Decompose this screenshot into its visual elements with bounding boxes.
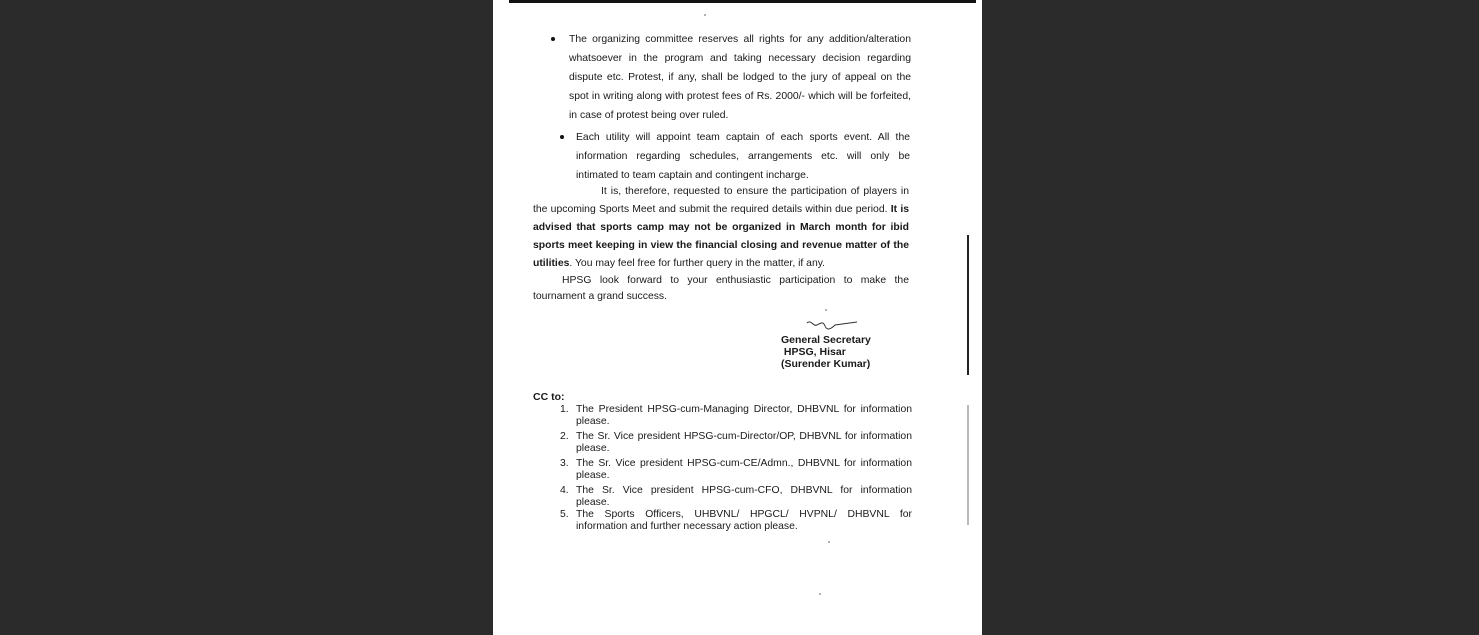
signatory-name: (Surender Kumar) (781, 358, 871, 370)
cc-item-text: The Sr. Vice president HPSG-cum-CE/Admn.… (576, 458, 912, 481)
signature-mark-icon (805, 319, 861, 333)
signature-block: General Secretary HPSG, Hisar (Surender … (781, 334, 871, 370)
cc-item-text: The Sr. Vice president HPSG-cum-CFO, DHB… (576, 485, 912, 508)
scan-edge-line (967, 235, 969, 375)
bullet-item: The organizing committee reserves all ri… (569, 30, 911, 125)
bullet-item: Each utility will appoint team captain o… (576, 128, 910, 185)
scan-edge-line (967, 405, 969, 525)
cc-list: 1.The President HPSG-cum-Managing Direct… (560, 404, 912, 536)
signatory-org: HPSG, Hisar (781, 346, 871, 358)
scan-speck (819, 593, 821, 595)
cc-item: 3.The Sr. Vice president HPSG-cum-CE/Adm… (560, 458, 912, 481)
top-rule (509, 0, 976, 3)
cc-item-number: 2. (560, 431, 569, 443)
cc-item-text: The Sports Officers, UHBVNL/ HPGCL/ HVPN… (576, 509, 912, 532)
body-paragraph: It is, therefore, requested to ensure th… (533, 183, 909, 273)
cc-item: 5.The Sports Officers, UHBVNL/ HPGCL/ HV… (560, 509, 912, 532)
scan-speck (828, 541, 830, 543)
bullet-icon (560, 135, 564, 139)
cc-item: 2.The Sr. Vice president HPSG-cum-Direct… (560, 431, 912, 454)
scan-speck (704, 14, 706, 16)
cc-item-text: The President HPSG-cum-Managing Director… (576, 404, 912, 427)
cc-item-number: 4. (560, 485, 569, 497)
closing-paragraph: HPSG look forward to your enthusiastic p… (533, 273, 909, 305)
bullet-icon (551, 37, 555, 41)
cc-item-number: 1. (560, 404, 569, 416)
cc-item-number: 3. (560, 458, 569, 470)
signatory-title: General Secretary (781, 334, 871, 346)
cc-item: 4.The Sr. Vice president HPSG-cum-CFO, D… (560, 485, 912, 508)
cc-item-number: 5. (560, 509, 569, 521)
scan-speck (825, 309, 827, 311)
cc-item: 1.The President HPSG-cum-Managing Direct… (560, 404, 912, 427)
cc-label: CC to: (533, 391, 565, 403)
paragraph-text: It is, therefore, requested to ensure th… (533, 186, 909, 215)
document-page: The organizing committee reserves all ri… (493, 0, 982, 635)
paragraph-text: . You may feel free for further query in… (569, 258, 825, 269)
cc-item-text: The Sr. Vice president HPSG-cum-Director… (576, 431, 912, 454)
